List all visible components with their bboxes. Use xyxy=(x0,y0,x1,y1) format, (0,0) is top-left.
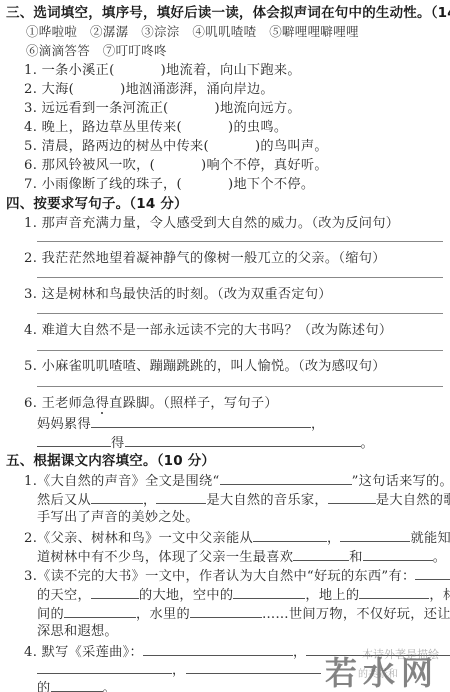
punct: ， xyxy=(311,417,325,432)
item-text-before: 2. 大海( xyxy=(24,82,74,97)
answer-blank[interactable] xyxy=(91,490,143,504)
answer-blank[interactable] xyxy=(415,566,450,580)
item-text-after: )的鸟叫声。 xyxy=(255,139,328,154)
section3-options-row2: ⑥滴滴答答 ⑦叮叮咚咚 xyxy=(26,42,167,60)
q3-text: 的天空， xyxy=(37,588,91,603)
section3-item-7: 7. 小雨像断了线的珠子，()地下个不停。 xyxy=(24,176,314,194)
section4-item-6: 6. 王老师急得直跺脚。（照样子，写句子） xyxy=(24,395,278,413)
answer-blank[interactable] xyxy=(340,528,410,542)
q3-text: ，水里的 xyxy=(136,607,190,622)
answer-line-5[interactable] xyxy=(37,386,443,387)
item-text-after: )地流着，向山下跑来。 xyxy=(161,63,301,78)
answer-blank[interactable] xyxy=(293,547,349,561)
item-text-before: 5. 清晨，路两边的树丛中传来( xyxy=(24,139,209,154)
item-text-after: )地流向远方。 xyxy=(215,101,301,116)
answer-blank[interactable] xyxy=(363,547,433,561)
item6-line2: 得。 xyxy=(37,433,374,453)
answer-blank[interactable] xyxy=(359,585,429,599)
q2-text: 就能知 xyxy=(410,531,450,546)
q2-text: ， xyxy=(327,531,341,546)
answer-blank[interactable] xyxy=(91,414,311,428)
emphasis-char: 得 xyxy=(96,396,110,411)
answer-blank[interactable] xyxy=(156,490,206,504)
watermark-logo: 若水网 xyxy=(325,648,439,692)
section5-q3-line1: 3.《读不完的大书》一文中，作者认为大自然中“好玩的东西”有： xyxy=(24,566,450,586)
item-text-before: 1. 一条小溪正( xyxy=(24,63,115,78)
q4-text: ， xyxy=(293,645,307,660)
section3-item-6: 6. 那风铃被风一吹，()响个不停，真好听。 xyxy=(24,157,328,175)
item-text-before: 3. 远远看到一条河流正( xyxy=(24,101,169,116)
answer-blank[interactable] xyxy=(125,433,361,447)
answer-blank[interactable] xyxy=(143,642,293,656)
section4-item-3: 3. 这是树林和鸟最快活的时刻。（改为双重否定句） xyxy=(24,286,332,304)
answer-blank[interactable] xyxy=(37,660,172,674)
q4-text: 4. 默写《采莲曲》： xyxy=(24,645,143,660)
item6-text: 直跺脚。（照样子，写句子） xyxy=(109,396,278,411)
section4-heading: 四、按要求写句子。（14 分） xyxy=(6,195,188,213)
item-text-after: )响个不停，真好听。 xyxy=(201,158,328,173)
q1-text: 1.《大自然的声音》全文是围绕“ xyxy=(24,474,220,489)
answer-blank[interactable] xyxy=(233,585,305,599)
section4-item-2: 2. 我茫茫然地望着凝神静气的像树一般兀立的父亲。（缩句） xyxy=(24,250,386,268)
item-text-after: )地下个不停。 xyxy=(228,177,314,192)
q4-text: 的 xyxy=(37,681,51,692)
q3-text: 的大地，空中的 xyxy=(139,588,233,603)
q1-text: 是大自然的音乐家， xyxy=(206,493,327,508)
item-text-before: 4. 晚上，路边草丛里传来( xyxy=(24,120,182,135)
q2-text: 道树林中有不少鸟，体现了父亲一生最喜欢 xyxy=(37,550,293,565)
section3-item-1: 1. 一条小溪正()地流着，向山下跑来。 xyxy=(24,62,301,80)
answer-blank[interactable] xyxy=(220,471,352,485)
answer-blank[interactable] xyxy=(253,528,327,542)
section4-item-4: 4. 难道大自然不是一部永远读不完的大书吗？（改为陈述句） xyxy=(24,322,392,340)
section3-item-4: 4. 晚上，路边草丛里传来()的虫鸣。 xyxy=(24,119,287,137)
q1-text: ， xyxy=(143,493,157,508)
section3-options-row1: ①哗啦啦 ②潺潺 ③淙淙 ④叽叽喳喳 ⑤噼哩哩噼哩哩 xyxy=(26,23,359,41)
section5-q4-line2: ， xyxy=(37,660,321,680)
line2-mid: 得 xyxy=(111,436,125,451)
q3-text: ，林 xyxy=(429,588,450,603)
answer-blank[interactable] xyxy=(51,678,103,692)
item6-line1: 妈妈累得， xyxy=(37,414,324,434)
section5-q3-line3: 间的，水里的……世间万物，不仅好玩，还让人 xyxy=(37,604,450,624)
q3-text: ，地上的 xyxy=(305,588,359,603)
q3-text: 3.《读不完的大书》一文中，作者认为大自然中“好玩的东西”有： xyxy=(24,569,415,584)
q3-text: 间的 xyxy=(37,607,64,622)
q1-text: 然后又从 xyxy=(37,493,91,508)
q1-text: ”这句话来写的。 xyxy=(352,474,450,489)
answer-line-1[interactable] xyxy=(37,241,443,242)
section5-q4-line3: 的。 xyxy=(37,678,116,692)
section3-heading: 三、选词填空，填序号，填好后读一读，体会拟声词在句中的生动性。（14 分） xyxy=(6,4,450,22)
answer-blank[interactable] xyxy=(190,604,262,618)
answer-blank[interactable] xyxy=(186,660,321,674)
answer-blank[interactable] xyxy=(328,490,376,504)
q2-text: 。 xyxy=(433,550,447,565)
answer-blank[interactable] xyxy=(37,433,111,447)
answer-line-2[interactable] xyxy=(37,277,443,278)
section4-item-5: 5. 小麻雀叽叽喳喳、蹦蹦跳跳的，叫人愉悦。（改为感叹句） xyxy=(24,358,386,376)
section5-q3-line2: 的天空，的大地，空中的，地上的，林 xyxy=(37,585,450,605)
section5-q1-line3: 手写出了声音的美妙之处。 xyxy=(37,509,199,527)
worksheet-page: 三、选词填空，填序号，填好后读一读，体会拟声词在句中的生动性。（14 分） ①哗… xyxy=(0,0,450,692)
item6-text: 6. 王老师急 xyxy=(24,396,96,411)
section4-item-1: 1. 那声音充满力量，令人感受到大自然的威力。（改为反问句） xyxy=(24,215,399,233)
q2-text: 2.《父亲、树林和鸟》一文中父亲能从 xyxy=(24,531,253,546)
answer-line-3[interactable] xyxy=(37,313,443,314)
section5-q2-line2: 道树林中有不少鸟，体现了父亲一生最喜欢和。 xyxy=(37,547,446,567)
section3-item-3: 3. 远远看到一条河流正()地流向远方。 xyxy=(24,100,301,118)
section5-q2-line1: 2.《父亲、树林和鸟》一文中父亲能从，就能知 xyxy=(24,528,450,548)
section3-item-2: 2. 大海()地汹涌澎湃，涌向岸边。 xyxy=(24,81,274,99)
item-text-before: 6. 那风铃被风一吹，( xyxy=(24,158,155,173)
line1-prefix: 妈妈累得 xyxy=(37,417,91,432)
item-text-after: )的虫鸣。 xyxy=(228,120,287,135)
punct: 。 xyxy=(361,436,375,451)
q2-text: 和 xyxy=(349,550,363,565)
q1-text: 是大自然的歌 xyxy=(376,493,450,508)
item-text-before: 7. 小雨像断了线的珠子，( xyxy=(24,177,182,192)
section5-heading: 五、根据课文内容填空。（10 分） xyxy=(6,452,215,470)
item-text-after: )地汹涌澎湃，涌向岸边。 xyxy=(120,82,274,97)
section5-q1-line1: 1.《大自然的声音》全文是围绕“”这句话来写的。 xyxy=(24,471,450,491)
answer-line-4[interactable] xyxy=(37,350,443,351)
q3-text: ……世间万物，不仅好玩，还让人 xyxy=(262,607,450,622)
answer-blank[interactable] xyxy=(64,604,136,618)
section5-q3-line4: 深思和遐想。 xyxy=(37,623,118,641)
q4-text: ， xyxy=(172,663,186,678)
section5-q1-line2: 然后又从，是大自然的音乐家，是大自然的歌 xyxy=(37,490,450,510)
section3-item-5: 5. 清晨，路两边的树丛中传来()的鸟叫声。 xyxy=(24,138,328,156)
answer-blank[interactable] xyxy=(91,585,139,599)
q4-text: 。 xyxy=(103,681,117,692)
